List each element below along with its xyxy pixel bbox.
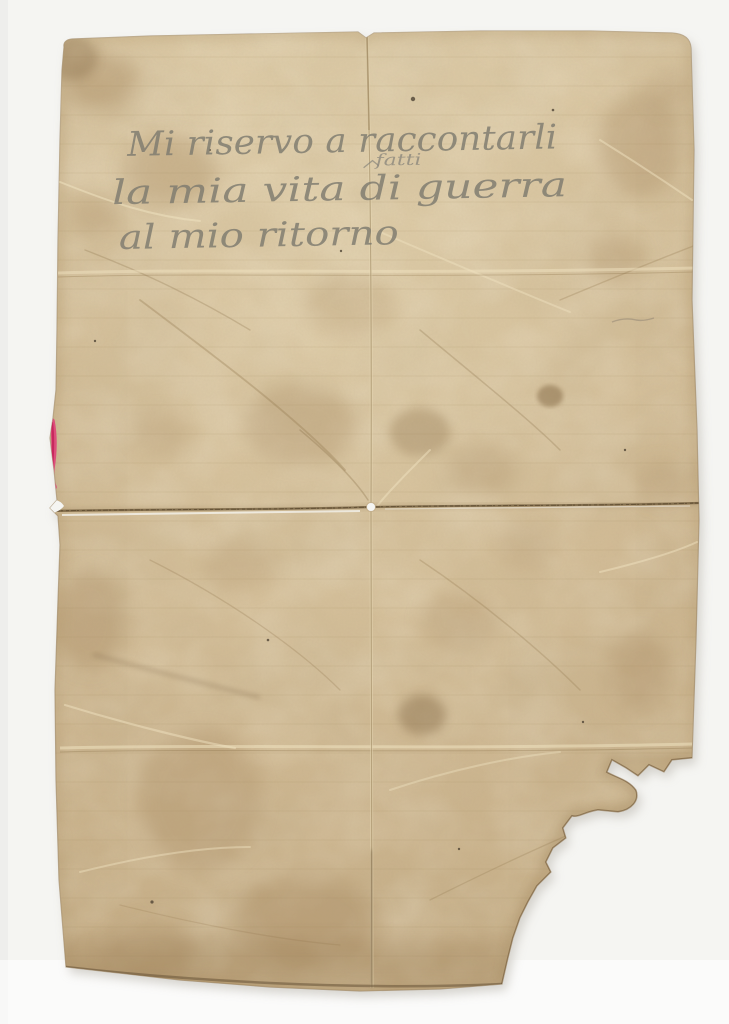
stain-blob: [449, 444, 517, 496]
pencil-speck: [150, 900, 153, 903]
scanned-letter-photo: Mi riservo a raccontarli fatti la mia vi…: [0, 0, 729, 1024]
pencil-speck: [458, 848, 460, 850]
stain-blob: [537, 385, 563, 407]
stain-blob: [588, 234, 644, 282]
stain-blob: [130, 410, 190, 454]
stain-blob: [390, 408, 450, 456]
stain-blob: [495, 521, 555, 569]
stain-blob: [634, 460, 686, 504]
pencil-speck: [552, 109, 555, 112]
scan-canvas: Mi riservo a raccontarli fatti la mia vi…: [0, 0, 729, 1024]
scanner-edge-band: [0, 0, 8, 1024]
handwriting-line-2: la mia vita di guerra: [112, 165, 568, 213]
stain-blob: [398, 695, 446, 735]
pencil-speck: [267, 639, 270, 642]
fold-vertical-dark-bottom: [371, 850, 372, 986]
handwriting-insertion: fatti: [374, 150, 422, 170]
stain-blob: [204, 539, 276, 591]
pencil-speck: [411, 97, 415, 101]
fold-hole: [367, 503, 376, 512]
pencil-speck: [582, 721, 584, 723]
stain-blob: [608, 630, 672, 714]
handwriting-line-1: Mi riservo a raccontarli: [126, 117, 558, 165]
pencil-speck: [94, 340, 96, 342]
stain-blob: [304, 275, 396, 335]
pencil-speck: [624, 449, 626, 451]
handwriting-line-3: al mio ritorno: [118, 213, 399, 258]
stain-blob: [644, 72, 692, 112]
stain-blob: [420, 592, 500, 652]
stain-blob: [54, 568, 126, 672]
